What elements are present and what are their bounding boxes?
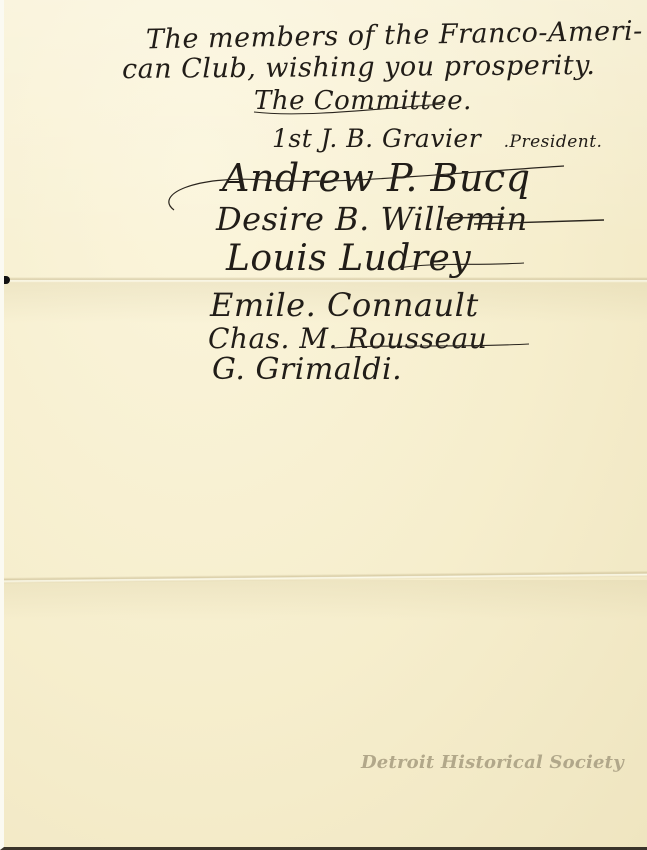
- fold-shadow: [4, 580, 647, 620]
- signature: G. Grimaldi.: [212, 352, 402, 387]
- letter-closing: The Committee.: [254, 86, 472, 116]
- letter-sheet: The members of the Franco-Ameri- can Clu…: [0, 0, 647, 850]
- letter-line-2: can Club, wishing you prosperity.: [122, 50, 596, 85]
- signature: Emile. Connault: [210, 286, 479, 324]
- watermark: Detroit Historical Society: [361, 752, 624, 773]
- signature: Chas. M. Rousseau: [208, 322, 487, 355]
- signature-prefix: 1st: [272, 124, 312, 153]
- signature-title: .President.: [504, 132, 603, 152]
- signature: Desire B. Willemin: [216, 200, 528, 238]
- signature: Louis Ludrey: [226, 238, 471, 279]
- signature: Andrew P. Bucq: [222, 156, 531, 200]
- signature-president: 1st J. B. Gravier .President.: [272, 124, 602, 153]
- signature-name: J. B. Gravier: [321, 124, 481, 153]
